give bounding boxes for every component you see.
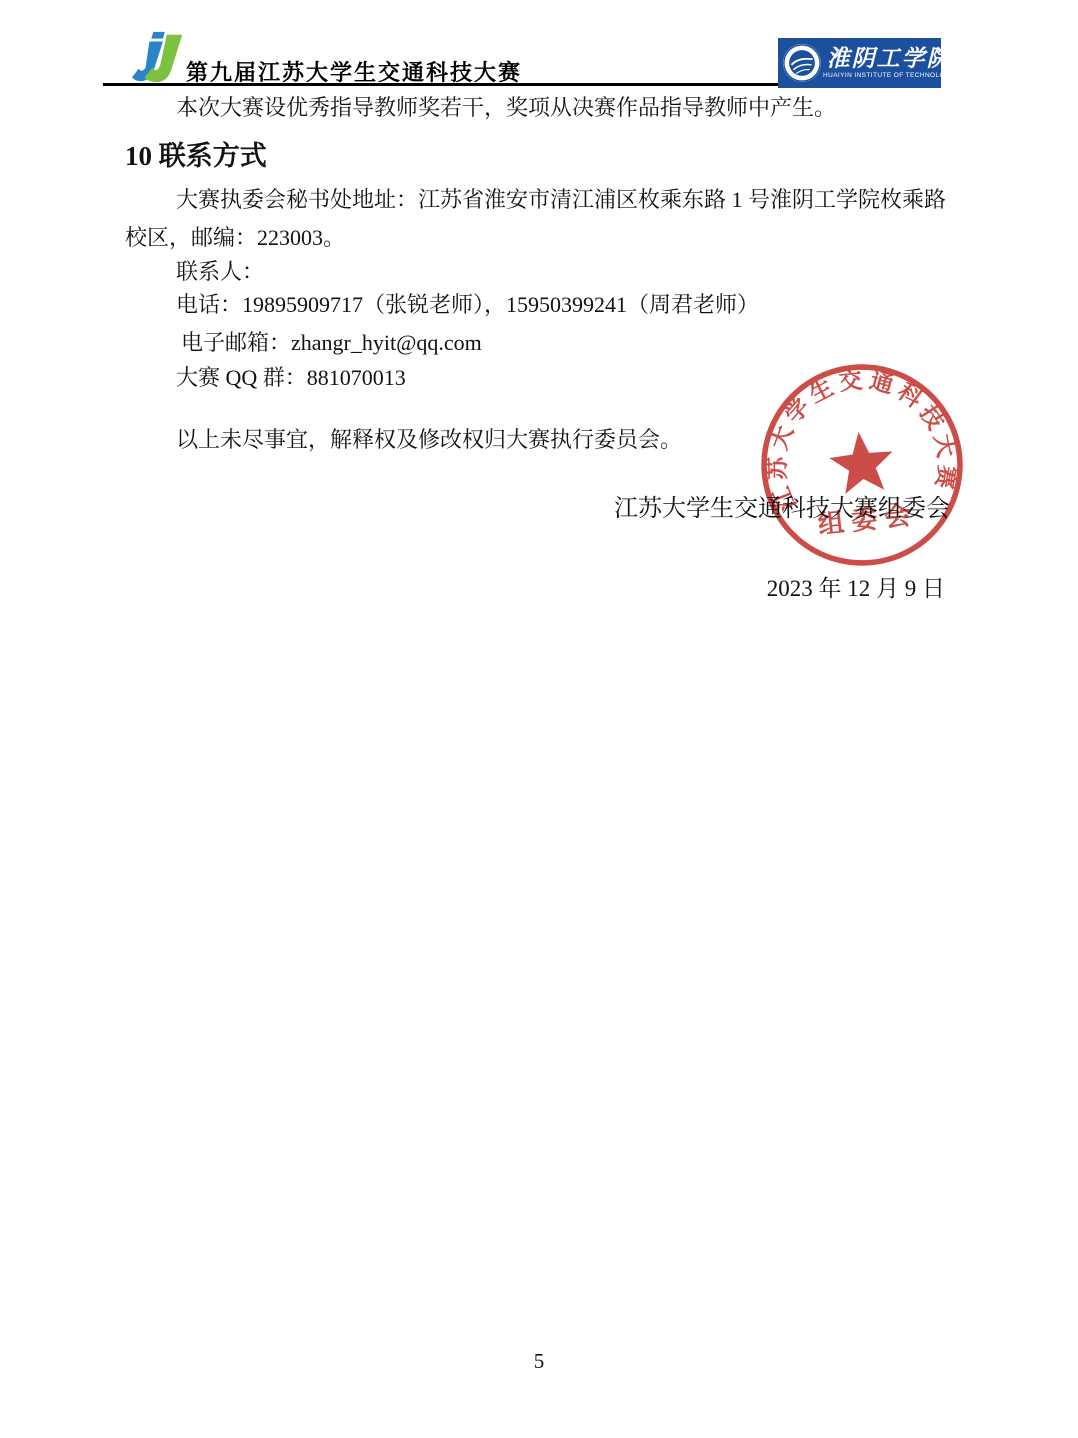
closing-line: 以上未尽事宜，解释权及修改权归大赛执行委员会。 (176, 425, 682, 455)
institute-name-cn: 淮阴工学院 (827, 47, 952, 70)
document-page: 第九届江苏大学生交通科技大赛 淮阴工学院 HUAIYIN INSTITUTE O… (0, 0, 1078, 1438)
stamp-arc-text: 江苏大学生交通科技大赛 (758, 361, 964, 515)
email-line: 电子邮箱：zhangr_hyit@qq.com (181, 328, 482, 358)
section-heading: 10 联系方式 (125, 139, 267, 173)
address-line-1: 大赛执委会秘书处地址：江苏省淮安市清江浦区枚乘东路 1 号淮阴工学院枚乘路 (176, 185, 946, 215)
date-line: 2023 年 12 月 9 日 (767, 574, 945, 604)
institute-logo: 淮阴工学院 HUAIYIN INSTITUTE OF TECHNOLOGY (778, 38, 941, 88)
contact-person: 联系人： (176, 257, 264, 287)
phone-line: 电话：19895909717（张锐老师），15950399241（周君老师） (176, 290, 759, 320)
institute-name-en: HUAIYIN INSTITUTE OF TECHNOLOGY (823, 73, 955, 80)
intro-paragraph: 本次大赛设优秀指导教师奖若干，奖项从决赛作品指导教师中产生。 (176, 93, 836, 123)
signature-line: 江苏大学生交通科技大赛组委会 (614, 494, 950, 524)
svg-text:江苏大学生交通科技大赛: 江苏大学生交通科技大赛 (758, 361, 964, 515)
red-star-icon (827, 429, 896, 496)
page-number: 5 (0, 1346, 1078, 1376)
qq-group-line: 大赛 QQ 群：881070013 (176, 363, 406, 393)
address-line-2: 校区，邮编：223003。 (125, 223, 345, 253)
jj-swoosh-logo-icon (131, 28, 191, 86)
institute-emblem-icon (781, 42, 823, 84)
official-seal-stamp: 江苏大学生交通科技大赛 组委会 (758, 361, 966, 569)
